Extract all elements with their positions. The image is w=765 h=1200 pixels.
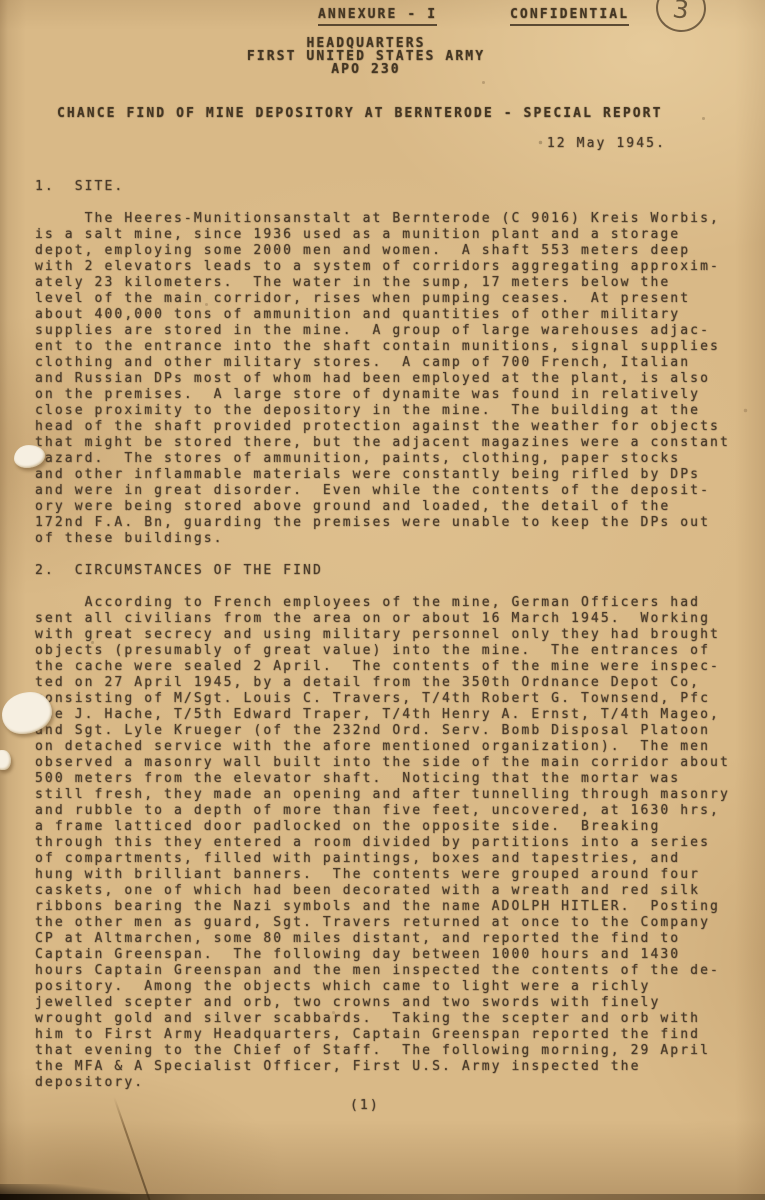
date-line: 12 May 1945. <box>400 136 666 152</box>
page-number: (1) <box>350 1098 380 1114</box>
torn-edge-nick-artifact <box>0 750 11 770</box>
document-title: CHANCE FIND OF MINE DEPOSITORY AT BERNTE… <box>57 106 663 122</box>
paper-specks <box>0 0 1 1</box>
annexure-label: ANNEXURE - I <box>318 7 437 26</box>
handwritten-circled-page-number: 3 <box>653 0 709 35</box>
page-bottom-edge-shadow <box>0 1194 765 1200</box>
classification-stamp: CONFIDENTIAL <box>510 7 629 26</box>
circled-number-text: 3 <box>670 0 691 31</box>
letterhead: HEADQUARTERS FIRST UNITED STATES ARMY AP… <box>241 37 491 76</box>
scanned-document-page: ANNEXURE - I CONFIDENTIAL 3 HEADQUARTERS… <box>0 0 765 1200</box>
report-body-text: 1. SITE. The Heeres-Munitionsanstalt at … <box>35 179 747 1091</box>
